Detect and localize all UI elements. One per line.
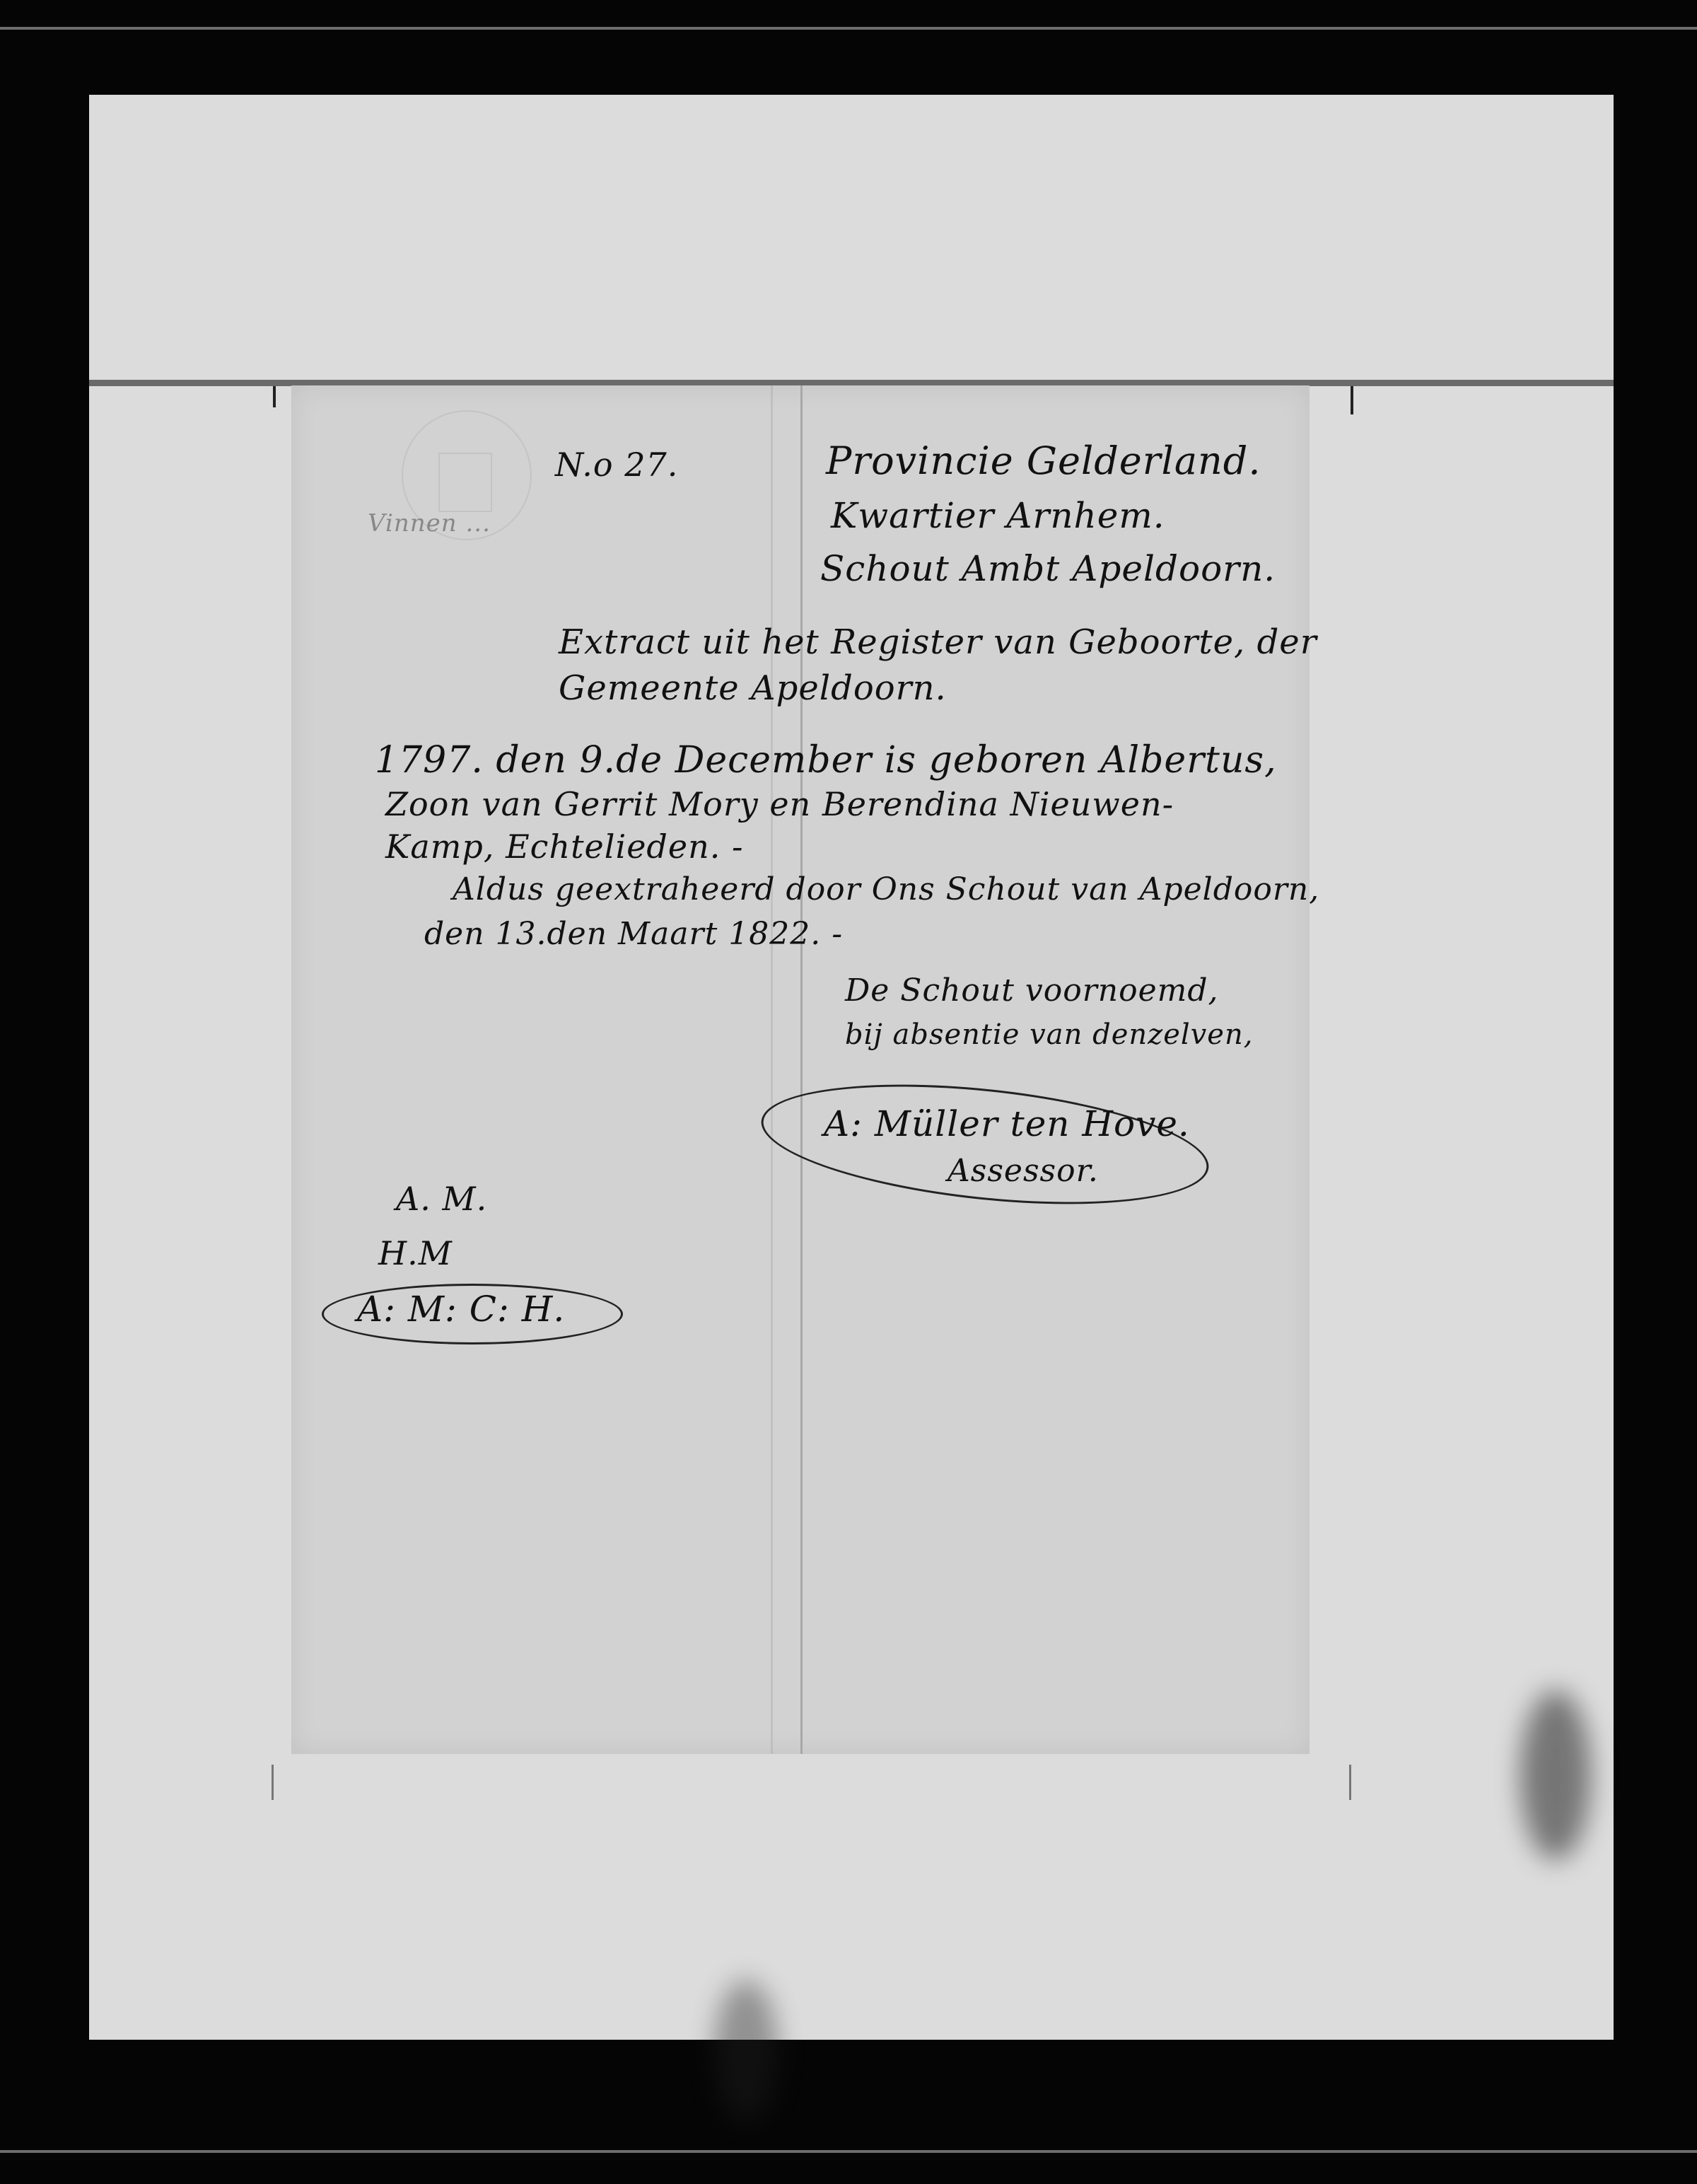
signature-name: A: Müller ten Hove. xyxy=(824,1103,1190,1144)
title-line-1: Extract uit het Register van Geboorte, d… xyxy=(559,622,1317,662)
header-district: Schout Ambt Apeldoorn. xyxy=(820,548,1276,589)
signature-title: Assessor. xyxy=(947,1153,1099,1189)
left-fold xyxy=(771,385,773,1754)
header-province: Provincie Gelderland. xyxy=(826,438,1261,483)
title-line-2: Gemeente Apeldoorn. xyxy=(559,668,947,708)
initials-line-2: H.M xyxy=(378,1234,453,1272)
header-quarter: Kwartier Arnhem. xyxy=(831,495,1165,536)
seal-shield-icon xyxy=(438,453,492,512)
corner-bracket-right xyxy=(1349,1765,1351,1800)
initials-line-3: A: M: C: H. xyxy=(357,1289,565,1330)
film-edge-bottom xyxy=(0,2150,1697,2153)
body-line-3: Kamp, Echtelieden. - xyxy=(385,827,744,866)
plate-tick-right xyxy=(1351,386,1353,414)
closing-line-1: De Schout voornoemd, xyxy=(845,972,1219,1009)
initials-line-1: A. M. xyxy=(396,1180,487,1218)
plate-tick-left xyxy=(273,386,276,407)
marginal-note: Vinnen ... xyxy=(368,509,491,538)
center-fold xyxy=(800,385,803,1754)
body-line-1: 1797. den 9.de December is geboren Alber… xyxy=(375,739,1277,782)
film-stain-right xyxy=(1520,1690,1591,1860)
attestation-line-1: Aldus geextraheerd door Ons Schout van A… xyxy=(453,871,1319,907)
closing-line-2: bij absentie van denzelven, xyxy=(845,1018,1253,1051)
film-edge-top xyxy=(0,27,1697,30)
body-line-2: Zoon van Gerrit Mory en Berendina Nieuwe… xyxy=(385,785,1174,823)
corner-bracket-left xyxy=(272,1765,274,1800)
attestation-line-2: den 13.den Maart 1822. - xyxy=(424,916,843,952)
film-stain-bottom xyxy=(714,1980,778,2122)
document-number: N.o 27. xyxy=(555,446,678,484)
